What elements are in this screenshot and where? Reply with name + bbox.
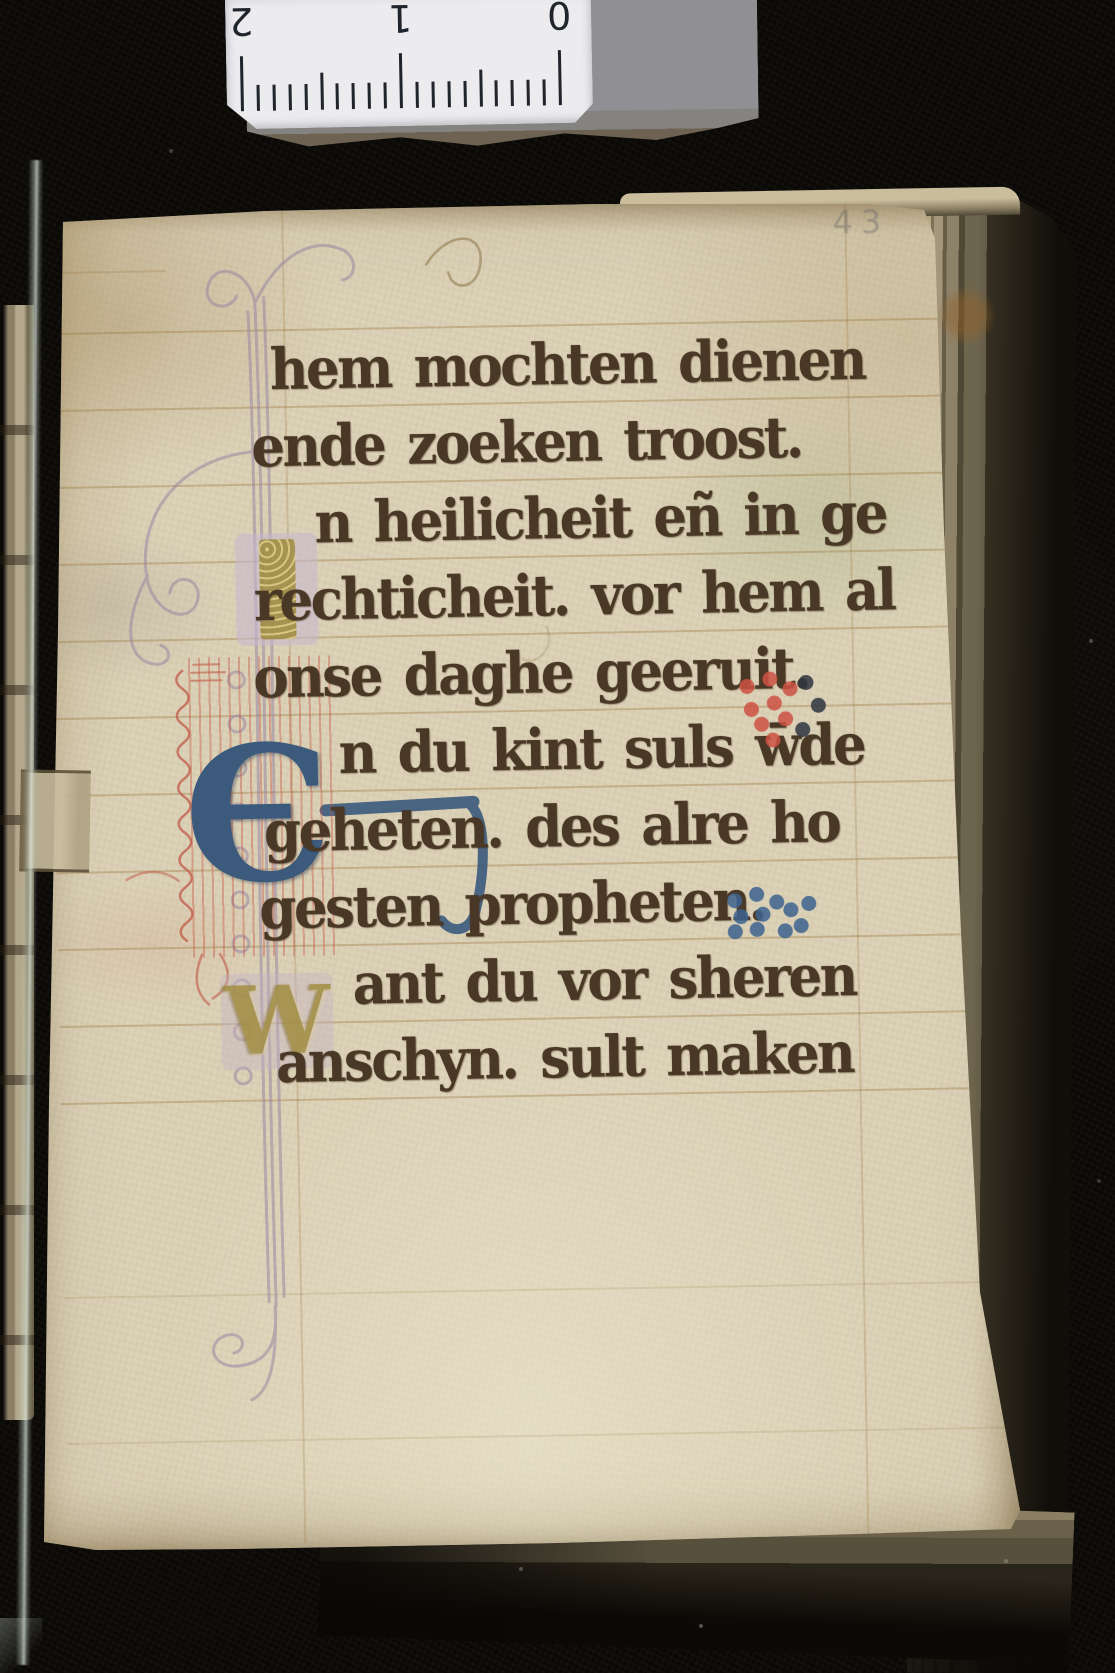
ruler-tick: [447, 81, 450, 107]
text-line: hem mochten dienen: [269, 321, 865, 408]
centimeter-ruler: 2 1 0: [225, 0, 594, 130]
ruling-line: [67, 1426, 1059, 1445]
ruler-tick: [543, 79, 546, 105]
ruler-tick: [352, 83, 355, 109]
text-line: geheten. des alre ho: [263, 783, 839, 870]
rosette-dot: [801, 896, 816, 911]
ruler-tick: [495, 80, 498, 106]
rosette-dot: [794, 918, 809, 933]
rosette-dot: [755, 907, 770, 922]
rosette-dot: [798, 675, 813, 690]
text-line: gesten propheten.: [259, 862, 765, 948]
ruler-tick: [256, 85, 259, 111]
ruler-tick: [336, 83, 339, 109]
ruler-tick: [558, 50, 562, 105]
manuscript-page: Є W hem mochten dienen ende zoeken troos…: [36, 202, 1026, 1552]
text-line: ende zoeken troost.: [251, 399, 803, 486]
ruling-line: [46, 270, 166, 274]
ruler-tick: [384, 82, 387, 108]
ruler-tick: [527, 80, 530, 106]
ruler-tick: [399, 53, 403, 108]
folio-number-pencil: 43: [832, 202, 889, 241]
ruler-tick: [431, 82, 434, 108]
manuscript-photograph: Є W hem mochten dienen ende zoeken troos…: [0, 0, 1115, 1673]
page-content: Є W hem mochten dienen ende zoeken troos…: [57, 188, 1029, 1546]
glass-reflection: [0, 1618, 42, 1673]
ruler-tick: [272, 85, 275, 111]
ruler-tick: [511, 80, 514, 106]
ruler-tick: [288, 84, 291, 110]
ruler-label-0: 0: [542, 0, 577, 37]
dust-specks: [0, 0, 2, 2]
ruler-tick: [415, 82, 418, 108]
ruler-tick: [368, 83, 371, 109]
ruler-tick: [479, 70, 483, 107]
text-line: rechticheit. vor hem al: [253, 551, 895, 639]
ruling-line: [64, 1280, 1056, 1299]
rosette-dot: [769, 894, 784, 909]
text-line: anschyn. sult maken: [275, 1014, 853, 1101]
ruler-label-2: 2: [224, 0, 259, 44]
ruler-tick: [240, 56, 244, 111]
text-line: onse daghe geeruit.: [253, 630, 810, 717]
ruler-label-1: 1: [383, 0, 418, 40]
rosette-dot: [783, 902, 798, 917]
ruler-tick: [463, 81, 466, 107]
text-line: ant du vor sheren: [352, 937, 856, 1023]
ruler-tick: [304, 84, 307, 110]
text-line: n heilicheit eñ in ge: [314, 475, 887, 562]
ruler-tick: [320, 73, 324, 110]
